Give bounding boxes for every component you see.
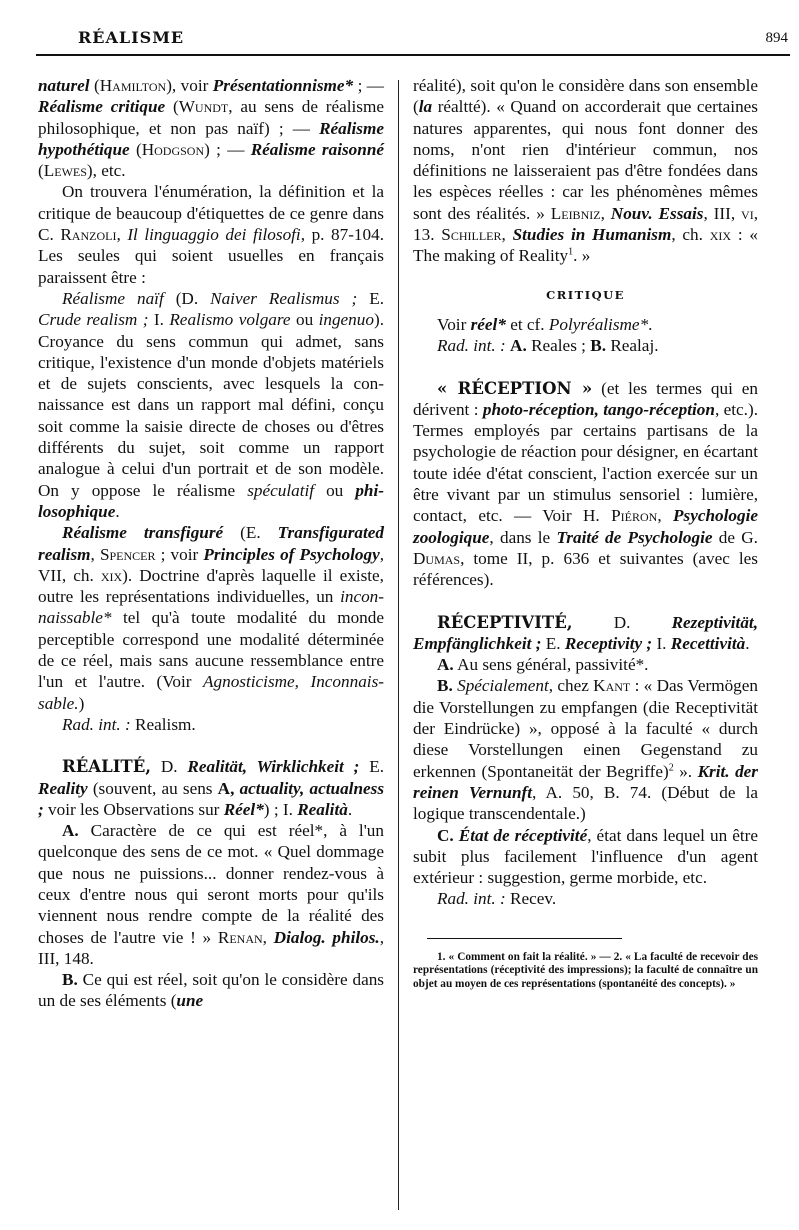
book-title: Studies in Humanism: [513, 225, 672, 244]
sense-label: B.: [62, 970, 78, 989]
text: ) ; I.: [264, 800, 297, 819]
italic-term: État de réceptivité: [459, 826, 587, 845]
text: ».: [674, 762, 698, 781]
sense-label: A,: [218, 779, 235, 798]
column-divider: [398, 80, 399, 1210]
rad-int-label: Rad. int. :: [62, 715, 131, 734]
sense-label: A.: [62, 821, 79, 840]
translation-english: Receptivity ;: [565, 634, 652, 653]
receptivite-sense-a: A. Au sens général, passivité*.: [413, 654, 758, 675]
translation-german: Realität, Wirklichkeit ;: [187, 757, 359, 776]
roman-numeral: xix: [710, 225, 731, 244]
author-name: Spencer: [100, 545, 156, 564]
text: , chez: [549, 676, 593, 695]
text: . »: [573, 246, 590, 265]
italic-term: spéculatif: [247, 481, 314, 500]
italic-term: photo-réception, tango-récep­tion: [483, 400, 715, 419]
text: Reales ;: [527, 336, 590, 355]
rad-int-realism: Rad. int. : Realism.: [38, 714, 384, 735]
entry-headword: « RÉCEPTION »: [437, 379, 592, 398]
italic-term: Réalisme raisonné: [251, 140, 384, 159]
book-title: Il linguaggio dei filosofi: [127, 225, 300, 244]
text: Realism.: [131, 715, 196, 734]
book-title: Traité de Psychologie: [556, 528, 712, 547]
author-name: Kant: [593, 676, 630, 695]
text: Ce qui est réel, soit qu'on le con­sidèr…: [38, 970, 384, 1010]
italic-term: Spécialement: [457, 676, 549, 695]
footnote-rule: [427, 938, 622, 939]
sense-label: B.: [437, 676, 453, 695]
translation-italian: Realità: [297, 800, 348, 819]
text: , III,: [703, 204, 741, 223]
header-rule: [36, 54, 790, 56]
rad-int-label: Rad. int. :: [437, 889, 506, 908]
sense-label: A.: [510, 336, 527, 355]
text: ; —: [353, 76, 384, 95]
author-name: Dumas: [413, 549, 460, 568]
receptivite-rad-int: Rad. int. : Recev.: [413, 888, 758, 909]
text: ,: [601, 204, 611, 223]
critique-rad-int: Rad. int. : A. Reales ; B. Realaj.: [413, 335, 758, 356]
author-name: Leibniz: [551, 204, 601, 223]
text: Voir: [437, 315, 471, 334]
paragraph-realisme-naif: Réalisme naïf (D. Naiver Realismus ; E. …: [38, 288, 384, 522]
entry-reception: « RÉCEPTION » (et les termes qui en déri…: [413, 378, 758, 591]
entry-headword: RÉALITÉ,: [62, 757, 151, 776]
text: .: [115, 502, 119, 521]
book-title: Dialog. philos.: [274, 928, 380, 947]
translation-italian: Realismo volgare: [169, 310, 290, 329]
author-name: Wundt: [179, 97, 229, 116]
text: I.: [652, 634, 671, 653]
book-title: Nouv. Essais: [611, 204, 704, 223]
text: (souvent, au sens: [88, 779, 218, 798]
sense-label: B.: [590, 336, 606, 355]
translation-italian: Recettività: [671, 634, 745, 653]
text: (: [165, 97, 179, 116]
text: ) ; —: [204, 140, 251, 159]
roman-numeral: xix: [101, 566, 122, 585]
book-title: Principles of Psychology: [203, 545, 379, 564]
realite-sense-b: B. Ce qui est réel, soit qu'on le con­si…: [38, 969, 384, 1012]
cross-reference: Réel*: [224, 800, 264, 819]
roman-numeral: vi: [741, 204, 754, 223]
text: Recev.: [506, 889, 556, 908]
author-name: Lewes: [44, 161, 87, 180]
rad-int-label: Rad. int. :: [437, 336, 506, 355]
cross-reference: réel*: [471, 315, 506, 334]
text: D.: [573, 613, 672, 632]
text: Au sens général, passivité*.: [454, 655, 649, 674]
text: ,: [91, 545, 100, 564]
entry-receptivite: RÉCEPTIVITÉ, D. Rezeptivität, Empfänglic…: [413, 612, 758, 655]
translation-german: Naiver Realismus ;: [210, 289, 357, 308]
text: .: [745, 634, 749, 653]
author-name: Schiller: [441, 225, 501, 244]
paragraph-realisme-variants: naturel (Hamilton), voir Présentation­ni…: [38, 75, 384, 181]
italic-term: Réalisme critique: [38, 97, 165, 116]
text: (: [130, 140, 142, 159]
translation-english: Crude realism ;: [38, 310, 148, 329]
text: ou: [314, 481, 355, 500]
text: (E.: [223, 523, 277, 542]
italic-term: Réalisme naïf: [62, 289, 164, 308]
text: Realaj.: [606, 336, 659, 355]
text: E.: [359, 757, 384, 776]
realite-sense-a: A. Caractère de ce qui est réel*, à l'un…: [38, 820, 384, 969]
text: ,: [502, 225, 513, 244]
italic-term: Réalisme transfiguré: [62, 523, 223, 542]
running-title: RÉALISME: [78, 28, 184, 47]
text: (: [90, 76, 100, 95]
receptivite-sense-b: B. Spécialement, chez Kant : « Das Vermö…: [413, 675, 758, 824]
translation-english: Reality: [38, 779, 88, 798]
critique-line-1: Voir réel* et cf. Polyréalisme*.: [413, 314, 758, 335]
left-column: naturel (Hamilton), voir Présentation­ni…: [38, 75, 384, 1012]
footnotes: 1. « Comment on fait la réalité. » — 2. …: [413, 951, 758, 992]
author-name: Hamilton: [100, 76, 166, 95]
text: ). Croyance du sens commun qui admet, sa…: [38, 310, 384, 499]
right-column: réalité), soit qu'on le considère dans s…: [413, 75, 758, 991]
text: .: [648, 315, 652, 334]
text: ), voir: [166, 76, 213, 95]
text: I.: [148, 310, 169, 329]
text: ou: [291, 310, 319, 329]
text: ,: [116, 225, 127, 244]
text: (D.: [164, 289, 210, 308]
spacer: [413, 357, 758, 378]
text: E.: [357, 289, 384, 308]
italic-term: une: [176, 991, 203, 1010]
text: ): [79, 694, 85, 713]
text: ,: [657, 506, 673, 525]
sense-label: C.: [437, 826, 454, 845]
entry-headword: RÉCEPTIVITÉ,: [437, 613, 573, 632]
text: et cf.: [506, 315, 549, 334]
italic-term: ingenuo: [319, 310, 374, 329]
text: .: [348, 800, 352, 819]
author-name: Ranzoli: [60, 225, 116, 244]
italic-term: la: [419, 97, 432, 116]
realite-sense-b-continued: réalité), soit qu'on le considère dans s…: [413, 75, 758, 267]
entry-realite: RÉALITÉ, D. Realität, Wirklichkeit ; E. …: [38, 756, 384, 820]
text: de G.: [713, 528, 758, 547]
text: ,: [263, 928, 274, 947]
cross-reference: Polyréalisme*: [549, 315, 648, 334]
cross-reference: Présentation­nisme*: [213, 76, 353, 95]
spacer: [413, 591, 758, 612]
sense-label: A.: [437, 655, 454, 674]
text: , dans le: [489, 528, 556, 547]
paragraph-enumeration: On trouvera l'énumération, la défi­nitio…: [38, 181, 384, 287]
text: E.: [541, 634, 564, 653]
text: ), etc.: [87, 161, 126, 180]
text: D.: [151, 757, 187, 776]
receptivite-sense-c: C. État de réceptivité, état dans lequel…: [413, 825, 758, 889]
author-name: Renan: [218, 928, 263, 947]
author-name: Hodgson: [142, 140, 204, 159]
author-name: Piéron: [611, 506, 657, 525]
critique-heading: CRITIQUE: [413, 285, 758, 306]
text: voir les Observations sur: [44, 800, 224, 819]
page-header: RÉALISME 894: [36, 24, 790, 54]
page-number: 894: [766, 30, 789, 47]
text: ; voir: [156, 545, 204, 564]
text: , ch.: [671, 225, 709, 244]
spacer: [38, 735, 384, 756]
italic-term: naturel: [38, 76, 90, 95]
paragraph-realisme-transfigure: Réalisme transfiguré (E. Transfigu­rated…: [38, 522, 384, 714]
text: , tome II, p. 636 et suivantes (avec les…: [413, 549, 758, 589]
